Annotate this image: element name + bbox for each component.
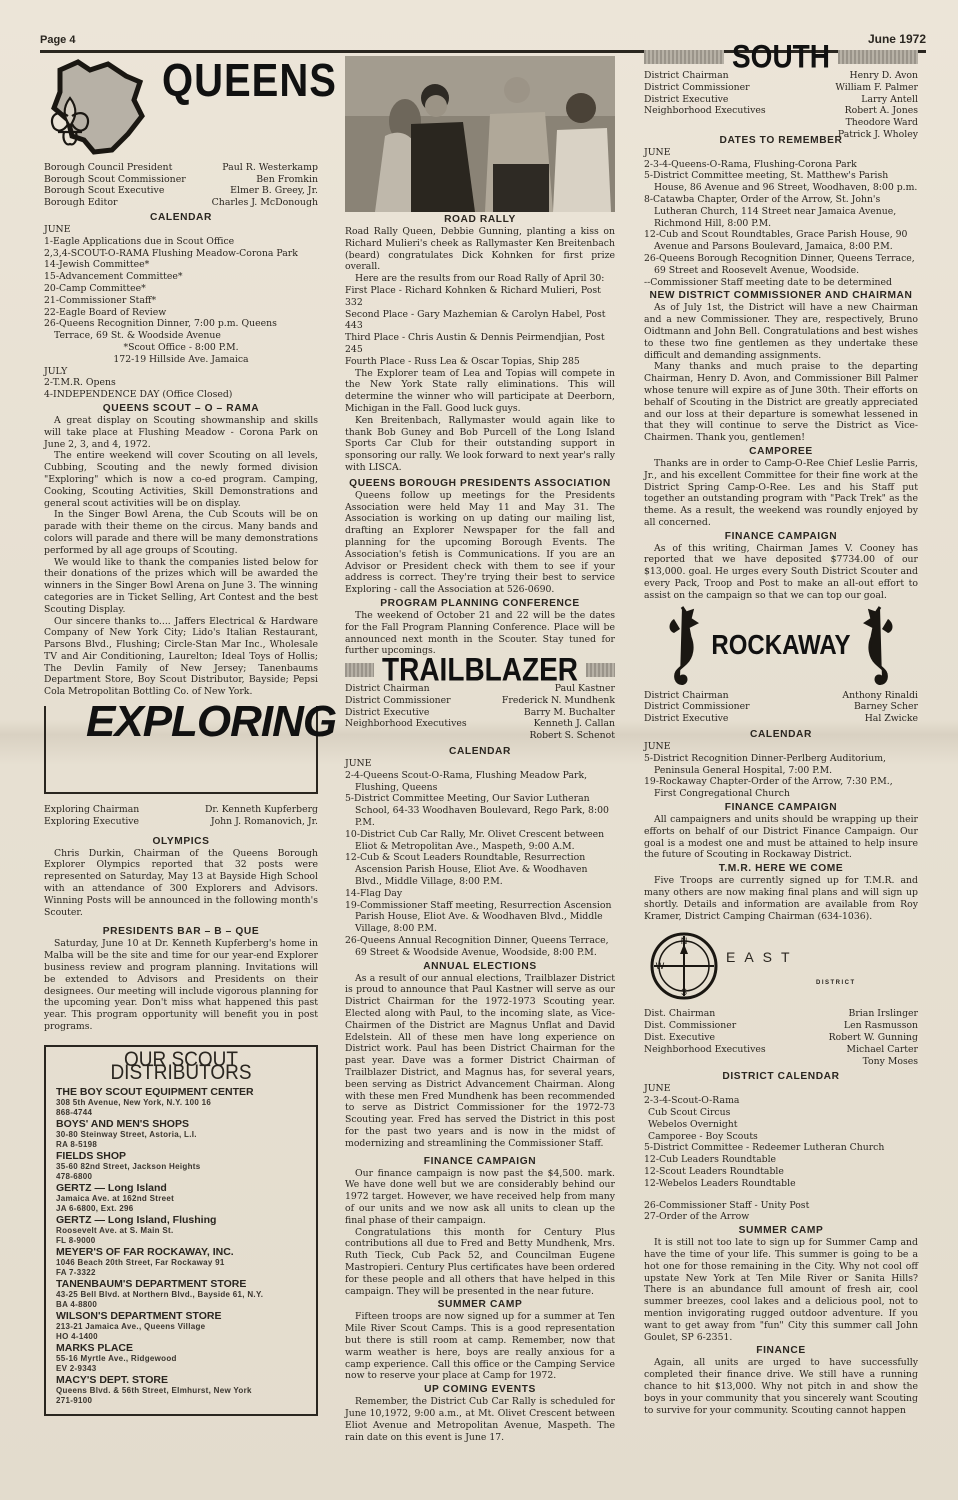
- distributor-phone: RA 8-5198: [56, 1140, 306, 1150]
- month-label: JULY: [44, 366, 318, 378]
- south-dates: JUNE 2-3-4-Queens-O-Rama, Flushing-Coron…: [644, 147, 918, 289]
- distributor-name: THE BOY SCOUT EQUIPMENT CENTER: [56, 1086, 306, 1098]
- banner-rule: [586, 663, 615, 677]
- article-paragraph: Again, all units are urged to have succe…: [644, 1357, 918, 1416]
- rockaway-finance-heading: FINANCE CAMPAIGN: [644, 802, 918, 814]
- calendar-entry: 19-Commissioner Staff meeting, Resurrect…: [345, 900, 615, 935]
- distributor-address: Roosevelt Ave. at S. Main St.: [56, 1226, 306, 1236]
- distributor-name: MARKS PLACE: [56, 1342, 306, 1354]
- rockaway-masthead: ROCKAWAY: [644, 602, 918, 690]
- calendar-entry: 2-4-Queens Scout-O-Rama, Flushing Meadow…: [345, 770, 615, 794]
- article-paragraph: The Explorer team of Lea and Topias will…: [345, 368, 615, 415]
- roster-role: Exploring Executive: [44, 816, 139, 828]
- east-title: EAST: [726, 952, 799, 964]
- distributor-entry: FIELDS SHOP35-60 82nd Street, Jackson He…: [56, 1150, 306, 1182]
- distributor-entry: BOYS' AND MEN'S SHOPS30-80 Steinway Stre…: [56, 1118, 306, 1150]
- distributor-entry: MACY'S DEPT. STOREQueens Blvd. & 56th St…: [56, 1374, 306, 1406]
- roster-name: Len Rasmusson: [829, 1020, 918, 1032]
- roster-role: Borough Editor: [44, 197, 186, 209]
- distributor-name: BOYS' AND MEN'S SHOPS: [56, 1118, 306, 1130]
- roster-name: Elmer B. Greey, Jr.: [212, 185, 318, 197]
- calendar-entry: 14-Jewish Committee*: [44, 259, 318, 271]
- south-finance-heading: FINANCE CAMPAIGN: [644, 531, 918, 543]
- olympics-heading: OLYMPICS: [44, 836, 318, 848]
- calendar-entry: 21-Commissioner Staff*: [44, 295, 318, 307]
- roster-role: Dist. Chairman: [644, 1008, 766, 1020]
- south-title: SOUTH: [732, 50, 830, 64]
- calendar-entry: Cub Scout Circus: [644, 1107, 918, 1119]
- roster-name: Brian Irslinger: [829, 1008, 918, 1020]
- distributor-address: 35-60 82nd Street, Jackson Heights: [56, 1162, 306, 1172]
- rally-result: Third Place - Chris Austin & Dennis Peir…: [345, 332, 615, 356]
- calendar-entry: 2-3-4-Queens-O-Rama, Flushing-Corona Par…: [644, 159, 918, 171]
- distributor-name: WILSON'S DEPARTMENT STORE: [56, 1310, 306, 1322]
- article-paragraph: Fifteen troops are now signed up for a s…: [345, 1311, 615, 1382]
- month-label: JUNE: [345, 758, 615, 770]
- calendar-entry: Webelos Overnight: [644, 1119, 918, 1131]
- queens-map-fleur-de-lis-icon: [38, 56, 153, 156]
- rockaway-calendar-heading: CALENDAR: [644, 729, 918, 741]
- roster-role: Borough Scout Commissioner: [44, 174, 186, 186]
- roster-name: John J. Romanovich, Jr.: [205, 816, 318, 828]
- calendar-entry: 22-Eagle Board of Review: [44, 307, 318, 319]
- distributor-phone: EV 2-9343: [56, 1364, 306, 1374]
- calendar-entry: 14-Flag Day: [345, 888, 615, 900]
- distributor-name: FIELDS SHOP: [56, 1150, 306, 1162]
- calendar-entry: 5-District Recognition Dinner-Perlberg A…: [644, 753, 918, 777]
- roster-role: District Commissioner: [345, 695, 467, 707]
- month-label: JUNE: [644, 741, 918, 753]
- east-subtitle: DISTRICT: [816, 978, 856, 990]
- roster-role: Borough Council President: [44, 162, 186, 174]
- trailblazer-calendar: JUNE 2-4-Queens Scout-O-Rama, Flushing M…: [345, 758, 615, 959]
- roster-name: Barry M. Buchalter: [502, 707, 615, 719]
- rally-result: Fourth Place - Russ Lea & Oscar Topias, …: [345, 356, 615, 368]
- article-paragraph: Chris Durkin, Chairman of the Queens Bor…: [44, 848, 318, 919]
- article-paragraph: In the Singer Bowl Arena, the Cub Scouts…: [44, 509, 318, 556]
- calendar-entry: 12-Cub Leaders Roundtable: [644, 1154, 918, 1166]
- roster-name: Anthony Rinaldi: [842, 690, 918, 702]
- article-paragraph: As a result of our annual elections, Tra…: [345, 973, 615, 1150]
- roster-role: District Executive: [644, 94, 766, 106]
- calendar-entry: 12-Cub and Scout Roundtables, Grace Pari…: [644, 229, 918, 253]
- roster-role: District Commissioner: [644, 82, 766, 94]
- rockaway-title: ROCKAWAY: [711, 639, 850, 653]
- calendar-entry: 26-Queens Borough Recognition Dinner, Qu…: [644, 253, 918, 277]
- calendar-entry: 4-INDEPENDENCE DAY (Office Closed): [44, 389, 318, 401]
- roster-role: District Chairman: [644, 690, 750, 702]
- column-center: ROAD RALLY Road Rally Queen, Debbie Gunn…: [345, 56, 615, 1443]
- roster-role: Borough Scout Executive: [44, 185, 186, 197]
- roster-role: Exploring Chairman: [44, 804, 139, 816]
- calendar-entry: 5-District Committee - Redeemer Lutheran…: [644, 1142, 918, 1154]
- roster-name: Larry Antell: [835, 94, 918, 106]
- compass-n: N: [681, 936, 688, 946]
- calendar-entry: 2,3,4-SCOUT-O-RAMA Flushing Meadow-Coron…: [44, 248, 318, 260]
- calendar-entry: 2-3-4-Scout-O-Rama: [644, 1095, 918, 1107]
- queens-roster: Borough Council President Borough Scout …: [44, 162, 318, 208]
- distributor-phone: 271-9100: [56, 1396, 306, 1406]
- calendar-entry: 10-District Cub Car Rally, Mr. Olivet Cr…: [345, 829, 615, 853]
- road-rally-heading: ROAD RALLY: [345, 214, 615, 226]
- article-paragraph: Our sincere thanks to.... Jaffers Electr…: [44, 616, 318, 699]
- distributor-phone: FL 8-9000: [56, 1236, 306, 1246]
- banner-rule: [644, 50, 724, 64]
- roster-name: Barney Scher: [842, 701, 918, 713]
- roster-role: Neighborhood Executives: [644, 105, 766, 117]
- roster-role: Dist. Commissioner: [644, 1020, 766, 1032]
- rockaway-roster: District Chairman District Commissioner …: [644, 690, 918, 725]
- distributor-address: 55-16 Myrtle Ave., Ridgewood: [56, 1354, 306, 1364]
- roster-name: Hal Zwicke: [842, 713, 918, 725]
- article-paragraph: Remember, the District Cub Car Rally is …: [345, 1396, 615, 1443]
- roster-name: Paul R. Westerkamp: [212, 162, 318, 174]
- roster-role: Neighborhood Executives: [345, 718, 467, 730]
- roster-name: Kenneth J. Callan: [502, 718, 615, 730]
- south-banner: SOUTH: [644, 50, 918, 64]
- page-number: Page 4: [40, 34, 75, 46]
- calendar-entry: 12-Scout Leaders Roundtable: [644, 1166, 918, 1178]
- trailblazer-title: TRAILBLAZER: [382, 663, 578, 677]
- south-roster: District Chairman District Commissioner …: [644, 70, 918, 141]
- exploring-title: EXPLORING: [86, 716, 336, 728]
- program-planning-heading: PROGRAM PLANNING CONFERENCE: [345, 598, 615, 610]
- newspaper-page: Page 4 June 1972 QUEENS Borough Council …: [0, 0, 958, 1500]
- road-rally-photo: [345, 56, 615, 212]
- distributor-entry: GERTZ — Long Island, FlushingRoosevelt A…: [56, 1214, 306, 1246]
- roster-role: Neighborhood Executives: [644, 1044, 766, 1056]
- trailblazer-finance-heading: FINANCE CAMPAIGN: [345, 1156, 615, 1168]
- east-calendar-heading: DISTRICT CALENDAR: [644, 1071, 918, 1083]
- tmr-heading: T.M.R. HERE WE COME: [644, 863, 918, 875]
- article-paragraph: Our finance campaign is now past the $4,…: [345, 1168, 615, 1227]
- article-paragraph: Many thanks and much praise to the depar…: [644, 361, 918, 444]
- distributor-phone: HO 4-1400: [56, 1332, 306, 1342]
- roster-name: Frederick N. Mundhenk: [502, 695, 615, 707]
- distributor-name: TANENBAUM'S DEPARTMENT STORE: [56, 1278, 306, 1290]
- column-queens: QUEENS Borough Council President Borough…: [44, 56, 318, 1416]
- distributor-entry: TANENBAUM'S DEPARTMENT STORE43-25 Bell B…: [56, 1278, 306, 1310]
- distributor-phone: FA 7-3322: [56, 1268, 306, 1278]
- queens-calendar-heading: CALENDAR: [44, 212, 318, 224]
- distributor-address: Queens Blvd. & 56th Street, Elmhurst, Ne…: [56, 1386, 306, 1396]
- rally-result: Second Place - Gary Mazhemian & Carolyn …: [345, 309, 615, 333]
- roster-name: Patrick J. Wholey: [835, 129, 918, 141]
- calendar-note: 172-19 Hillside Ave. Jamaica: [44, 354, 318, 366]
- article-paragraph: All campaigners and units should be wrap…: [644, 814, 918, 861]
- article-paragraph: Congratulations this month for Century P…: [345, 1227, 615, 1298]
- photo-caption: Road Rally Queen, Debbie Gunning, planti…: [345, 226, 615, 273]
- calendar-entry: 19-Rockaway Chapter-Order of the Arrow, …: [644, 776, 918, 800]
- rockaway-calendar: JUNE 5-District Recognition Dinner-Perlb…: [644, 741, 918, 800]
- article-paragraph: We would like to thank the companies lis…: [44, 557, 318, 616]
- new-commissioner-heading: NEW DISTRICT COMMISSIONER AND CHAIRMAN: [644, 290, 918, 302]
- east-masthead: N W S EAST DISTRICT: [644, 930, 918, 1008]
- upcoming-events-heading: UP COMING EVENTS: [345, 1384, 615, 1396]
- calendar-entry: 27-Order of the Arrow: [644, 1211, 918, 1223]
- distributor-name: MEYER'S OF FAR ROCKAWAY, INC.: [56, 1246, 306, 1258]
- calendar-entry: 15-Advancement Committee*: [44, 271, 318, 283]
- roster-name: Charles J. McDonough: [212, 197, 318, 209]
- photo-people-image: [345, 56, 615, 212]
- issue-date: June 1972: [868, 32, 926, 46]
- distributor-entry: THE BOY SCOUT EQUIPMENT CENTER308 5th Av…: [56, 1086, 306, 1118]
- distributor-phone: BA 4-8800: [56, 1300, 306, 1310]
- article-paragraph: The weekend of October 21 and 22 will be…: [345, 610, 615, 657]
- queens-calendar: JUNE 1-Eagle Applications due in Scout O…: [44, 224, 318, 401]
- banner-rule: [838, 50, 918, 64]
- calendar-entry: 5-District Committee meeting, St. Matthe…: [644, 170, 918, 194]
- east-finance-heading: FINANCE: [644, 1345, 918, 1357]
- calendar-entry: --Commissioner Staff meeting date to be …: [644, 277, 918, 289]
- roster-role: District Commissioner: [644, 701, 750, 713]
- compass-icon: N W S: [648, 930, 720, 1002]
- distributor-entry: MARKS PLACE55-16 Myrtle Ave., RidgewoodE…: [56, 1342, 306, 1374]
- east-roster: Dist. Chairman Dist. Commissioner Dist. …: [644, 1008, 918, 1067]
- compass-w: W: [656, 961, 665, 971]
- calendar-entry: Camporee - Boy Scouts: [644, 1131, 918, 1143]
- distributor-address: 213-21 Jamaica Ave., Queens Village: [56, 1322, 306, 1332]
- article-paragraph: As of July 1st, the District will have a…: [644, 302, 918, 361]
- calendar-entry: 12-Cub & Scout Leaders Roundtable, Resur…: [345, 852, 615, 887]
- trailblazer-calendar-heading: CALENDAR: [345, 746, 615, 758]
- distributor-phone: 478-6800: [56, 1172, 306, 1182]
- roster-name: Robert A. Jones: [835, 105, 918, 117]
- roster-name: Henry D. Avon: [835, 70, 918, 82]
- roster-name: Theodore Ward: [835, 117, 918, 129]
- calendar-entry: 26-Commissioner Staff - Unity Post: [644, 1200, 918, 1212]
- east-camp-heading: SUMMER CAMP: [644, 1225, 918, 1237]
- presidents-assoc-heading: QUEENS BOROUGH PRESIDENTS ASSOCIATION: [345, 478, 615, 490]
- month-label: JUNE: [644, 147, 918, 159]
- calendar-entry: 5-District Committee Meeting, Our Savior…: [345, 793, 615, 828]
- distributor-entry: WILSON'S DEPARTMENT STORE213-21 Jamaica …: [56, 1310, 306, 1342]
- roster-name: Dr. Kenneth Kupferberg: [205, 804, 318, 816]
- distributors-box: OUR SCOUT DISTRIBUTORS THE BOY SCOUT EQU…: [44, 1045, 318, 1417]
- distributor-phone: 868-4744: [56, 1108, 306, 1118]
- exploring-logo-box: EXPLORING: [44, 706, 318, 794]
- calendar-entry: 8-Catawba Chapter, Order of the Arrow, S…: [644, 194, 918, 229]
- article-paragraph: Here are the results from our Road Rally…: [345, 273, 615, 285]
- calendar-entry: 20-Camp Committee*: [44, 283, 318, 295]
- distributor-address: 308 5th Avenue, New York, N.Y. 100 16: [56, 1098, 306, 1108]
- seahorse-icon: [664, 605, 700, 687]
- spacer: [644, 1190, 918, 1200]
- article-paragraph: The entire weekend will cover Scouting o…: [44, 450, 318, 509]
- roster-name: Ben Fromkin: [212, 174, 318, 186]
- distributor-entry: MEYER'S OF FAR ROCKAWAY, INC.1046 Beach …: [56, 1246, 306, 1278]
- calendar-entry: 12-Webelos Leaders Roundtable: [644, 1178, 918, 1190]
- month-label: JUNE: [644, 1083, 918, 1095]
- roster-name: William F. Palmer: [835, 82, 918, 94]
- calendar-entry: 2-T.M.R. Opens: [44, 377, 318, 389]
- trailblazer-banner: TRAILBLAZER: [345, 663, 615, 677]
- distributor-phone: JA 6-6800, Ext. 296: [56, 1204, 306, 1214]
- roster-role: Dist. Executive: [644, 1032, 766, 1044]
- rally-result: First Place - Richard Kohnken & Richard …: [345, 285, 615, 309]
- article-paragraph: As of this writing, Chairman James V. Co…: [644, 543, 918, 602]
- exploring-roster: Exploring Chairman Exploring Executive D…: [44, 804, 318, 828]
- article-paragraph: Five Troops are currently signed up for …: [644, 875, 918, 922]
- elections-heading: ANNUAL ELECTIONS: [345, 961, 615, 973]
- distributor-entry: GERTZ — Long IslandJamaica Ave. at 162nd…: [56, 1182, 306, 1214]
- trailblazer-camp-heading: SUMMER CAMP: [345, 1299, 615, 1311]
- barbque-heading: PRESIDENTS BAR – B – QUE: [44, 926, 318, 938]
- article-paragraph: Queens follow up meetings for the Presid…: [345, 490, 615, 596]
- trailblazer-roster: District Chairman District Commissioner …: [345, 683, 615, 742]
- compass-s: S: [681, 987, 687, 997]
- month-label: JUNE: [44, 224, 318, 236]
- article-paragraph: A great display on Scouting showmanship …: [44, 415, 318, 450]
- roster-name: Tony Moses: [829, 1056, 918, 1068]
- roster-role: District Executive: [644, 713, 750, 725]
- article-paragraph: Saturday, June 10 at Dr. Kenneth Kupferb…: [44, 938, 318, 1032]
- calendar-note: *Scout Office - 8:00 P.M.: [44, 342, 318, 354]
- article-paragraph: Ken Breitenbach, Rallymaster would again…: [345, 415, 615, 474]
- calendar-entry: 1-Eagle Applications due in Scout Office: [44, 236, 318, 248]
- calendar-entry: 26-Queens Annual Recognition Dinner, Que…: [345, 935, 615, 959]
- seahorse-icon: [862, 605, 898, 687]
- article-paragraph: Thanks are in order to Camp-O-Ree Chief …: [644, 458, 918, 529]
- calendar-entry: 26-Queens Recognition Dinner, 7:00 p.m. …: [44, 318, 318, 342]
- distributor-name: GERTZ — Long Island, Flushing: [56, 1214, 306, 1226]
- roster-role: District Executive: [345, 707, 467, 719]
- distributors-title: OUR SCOUT DISTRIBUTORS: [56, 1054, 306, 1080]
- distributor-address: 43-25 Bell Blvd. at Northern Blvd., Bays…: [56, 1290, 306, 1300]
- column-districts: SOUTH District Chairman District Commiss…: [644, 56, 918, 1416]
- roster-name: Robert S. Schenot: [502, 730, 615, 742]
- distributor-name: MACY'S DEPT. STORE: [56, 1374, 306, 1386]
- distributor-address: 1046 Beach 20th Street, Far Rockaway 91: [56, 1258, 306, 1268]
- roster-name: Michael Carter: [829, 1044, 918, 1056]
- distributor-address: Jamaica Ave. at 162nd Street: [56, 1194, 306, 1204]
- east-calendar: JUNE 2-3-4-Scout-O-Rama Cub Scout Circus…: [644, 1083, 918, 1223]
- roster-name: Robert W. Gunning: [829, 1032, 918, 1044]
- queens-masthead: QUEENS: [44, 56, 318, 156]
- scoutorama-heading: QUEENS SCOUT – O – RAMA: [44, 403, 318, 415]
- queens-title: QUEENS: [162, 75, 337, 89]
- distributor-list: THE BOY SCOUT EQUIPMENT CENTER308 5th Av…: [56, 1086, 306, 1406]
- camporee-heading: CAMPOREE: [644, 446, 918, 458]
- article-paragraph: It is still not too late to sign up for …: [644, 1237, 918, 1343]
- banner-rule: [345, 663, 374, 677]
- distributor-address: 30-80 Steinway Street, Astoria, L.I.: [56, 1130, 306, 1140]
- distributor-name: GERTZ — Long Island: [56, 1182, 306, 1194]
